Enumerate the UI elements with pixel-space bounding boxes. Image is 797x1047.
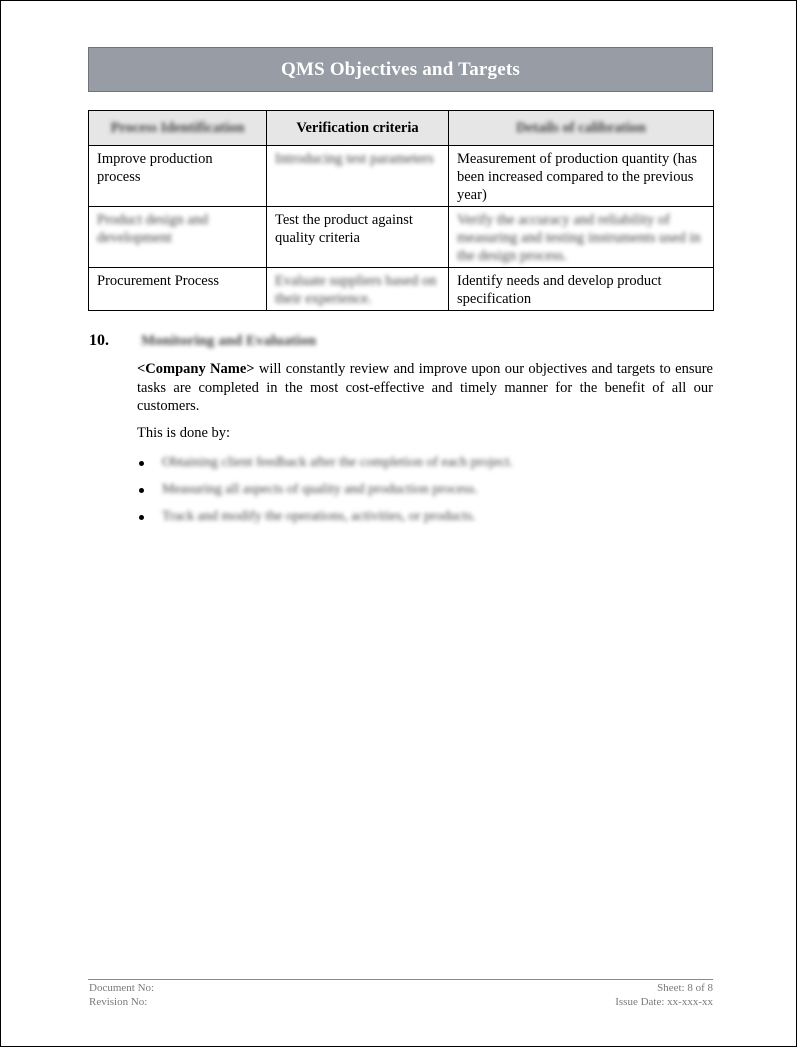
company-name-placeholder: <Company Name> [137, 361, 255, 377]
cell-verification: Introducing test parameters [267, 146, 449, 207]
list-item: Track and modify the operations, activit… [137, 504, 713, 531]
document-page: QMS Objectives and Targets Process Ident… [0, 0, 797, 1047]
footer-revision-no: Revision No: [89, 995, 154, 1009]
cell-details: Identify needs and develop product speci… [449, 268, 714, 311]
footer-document-no: Document No: [89, 981, 154, 995]
table-row: Product design and development Test the … [89, 207, 714, 268]
cell-verification: Test the product against quality criteri… [267, 207, 449, 268]
table-row: Improve production process Introducing t… [89, 146, 714, 207]
document-title: QMS Objectives and Targets [281, 59, 520, 81]
page-footer: Document No: Revision No: Sheet: 8 of 8 … [89, 981, 713, 1009]
bullet-icon [139, 515, 144, 520]
bullet-icon [139, 488, 144, 493]
table-header-row: Process Identification Verification crit… [89, 111, 714, 146]
header-process-identification: Process Identification [89, 111, 267, 146]
cell-process: Improve production process [89, 146, 267, 207]
section-heading: 10. Monitoring and Evaluation [89, 332, 713, 352]
header-details-of-calibration: Details of calibration [449, 111, 714, 146]
section-title: Monitoring and Evaluation [141, 333, 316, 350]
document-title-bar: QMS Objectives and Targets [88, 47, 713, 92]
table-row: Procurement Process Evaluate suppliers b… [89, 268, 714, 311]
bullet-list: Obtaining client feedback after the comp… [137, 450, 713, 531]
bullet-icon [139, 461, 144, 466]
cell-details: Measurement of production quantity (has … [449, 146, 714, 207]
list-item: Measuring all aspects of quality and pro… [137, 477, 713, 504]
monitoring-section: 10. Monitoring and Evaluation <Company N… [89, 332, 713, 531]
section-paragraph: <Company Name> will constantly review an… [137, 360, 713, 416]
cell-verification: Evaluate suppliers based on their experi… [267, 268, 449, 311]
cell-process: Product design and development [89, 207, 267, 268]
cell-process: Procurement Process [89, 268, 267, 311]
objectives-table: Process Identification Verification crit… [88, 110, 714, 311]
footer-sheet: Sheet: 8 of 8 [615, 981, 713, 995]
cell-details: Verify the accuracy and reliability of m… [449, 207, 714, 268]
section-number: 10. [89, 332, 141, 350]
list-item: Obtaining client feedback after the comp… [137, 450, 713, 477]
header-verification-criteria: Verification criteria [267, 111, 449, 146]
footer-issue-date: Issue Date: xx-xxx-xx [615, 995, 713, 1009]
section-lead-in: This is done by: [137, 424, 713, 442]
footer-divider [88, 979, 713, 980]
